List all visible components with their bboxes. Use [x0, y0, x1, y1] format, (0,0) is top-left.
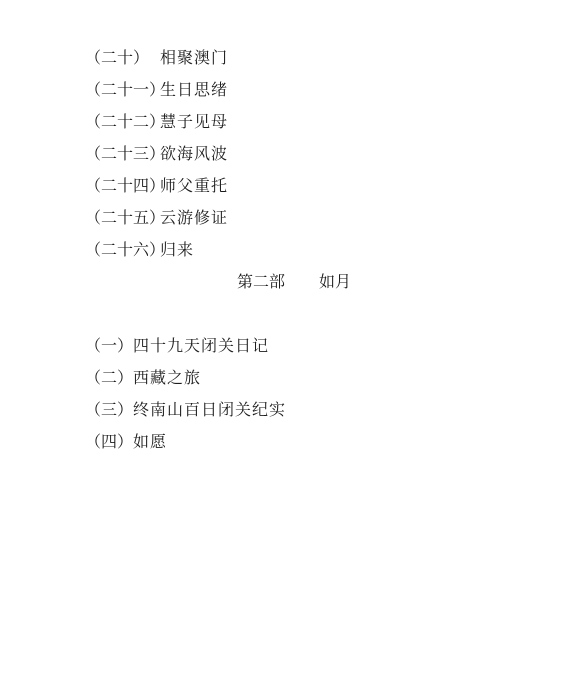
blank-line	[0, 298, 588, 330]
toc-item-number: （二十五）	[85, 202, 160, 234]
toc-item: （二十） 相聚澳门	[85, 42, 588, 74]
part-title: 如月	[319, 272, 351, 291]
toc-item: （二十四） 师父重托	[85, 170, 588, 202]
toc-item-number: （二十一）	[85, 74, 160, 106]
section-heading: 第二部如月	[0, 266, 588, 298]
toc-item-title: 云游修证	[160, 202, 228, 234]
toc-item: （四） 如愿	[85, 426, 588, 458]
toc-item-number: （四）	[85, 426, 133, 458]
toc-item: （一） 四十九天闭关日记	[85, 330, 588, 362]
toc-item-number: （一）	[85, 330, 133, 362]
toc-item-number: （二十六）	[85, 234, 160, 266]
toc-item-title: 生日思绪	[160, 74, 228, 106]
toc-item-title: 慧子见母	[160, 106, 228, 138]
toc-item: （二十三） 欲海风波	[85, 138, 588, 170]
toc-item: （二十六） 归来	[85, 234, 588, 266]
toc-item-title: 相聚澳门	[160, 42, 228, 74]
toc-item: （三） 终南山百日闭关纪实	[85, 394, 588, 426]
part-label: 第二部	[237, 272, 285, 291]
toc-item-number: （二）	[85, 362, 133, 394]
toc-item: （二十五） 云游修证	[85, 202, 588, 234]
toc-item-title: 归来	[160, 234, 194, 266]
toc-item-title: 师父重托	[160, 170, 228, 202]
toc-item-title: 终南山百日闭关纪实	[133, 394, 286, 426]
toc-item: （二十一） 生日思绪	[85, 74, 588, 106]
toc-item-title: 如愿	[133, 426, 167, 458]
toc-item: （二） 西藏之旅	[85, 362, 588, 394]
document-page: （二十） 相聚澳门 （二十一） 生日思绪 （二十二） 慧子见母 （二十三） 欲海…	[0, 0, 588, 690]
toc-item-number: （二十二）	[85, 106, 160, 138]
toc-item-number: （二十）	[85, 42, 160, 74]
toc-item-number: （三）	[85, 394, 133, 426]
toc-item-number: （二十三）	[85, 138, 160, 170]
toc-item-title: 四十九天闭关日记	[133, 330, 269, 362]
toc-item-number: （二十四）	[85, 170, 160, 202]
toc-item-title: 欲海风波	[160, 138, 228, 170]
toc-item: （二十二） 慧子见母	[85, 106, 588, 138]
toc-item-title: 西藏之旅	[133, 362, 201, 394]
